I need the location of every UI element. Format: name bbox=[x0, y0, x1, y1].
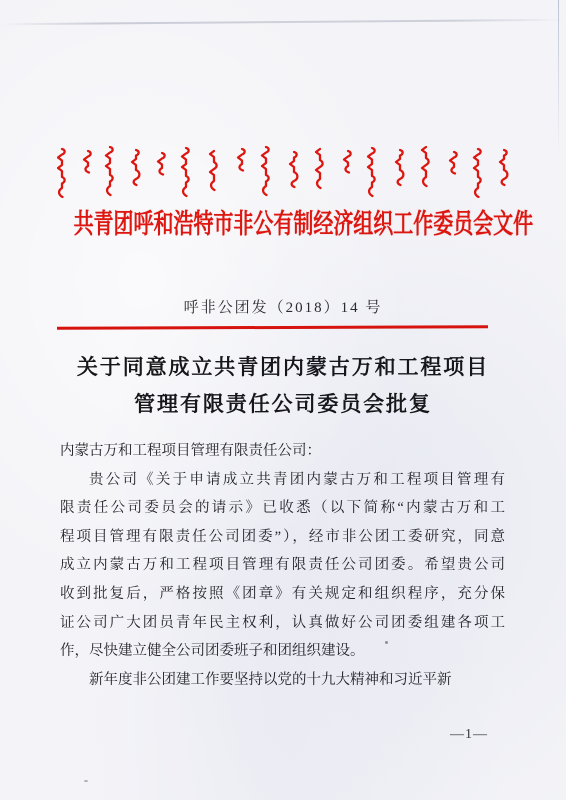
paper-edge-line bbox=[558, 0, 559, 160]
paper-crease bbox=[0, 19, 566, 25]
body-line: 贵公司《关于申请成立共青团内蒙古万和工程项目管理有 bbox=[60, 466, 505, 495]
body-line: 收到批复后，严格按照《团章》有关规定和组织程序，充分保 bbox=[60, 580, 505, 609]
document-number: 呼非公团发（2018）14 号 bbox=[0, 296, 566, 317]
paper-speck bbox=[385, 641, 388, 644]
document-body: 内蒙古万和工程项目管理有限责任公司： 贵公司《关于申请成立共青团内蒙古万和工程项… bbox=[60, 437, 505, 694]
document-title: 关于同意成立共青团内蒙古万和工程项目 管理有限责任公司委员会批复 bbox=[0, 349, 566, 423]
body-line: 证公司广大团员青年民主权利，认真做好公司团委组建各项工 bbox=[60, 609, 505, 638]
red-divider-line bbox=[57, 325, 488, 330]
body-line: 作，尽快建立健全公司团委班子和团组织建设。 bbox=[60, 637, 505, 666]
page-number: —1— bbox=[450, 727, 488, 743]
org-header-title: 共青团呼和浩特市非公有制经济组织工作委员会文件 bbox=[74, 202, 493, 241]
document-title-line2: 管理有限责任公司委员会批复 bbox=[0, 386, 566, 423]
document-title-line1: 关于同意成立共青团内蒙古万和工程项目 bbox=[0, 349, 566, 386]
paper-speck bbox=[84, 780, 88, 782]
body-line-salutation: 内蒙古万和工程项目管理有限责任公司： bbox=[60, 437, 505, 466]
scanned-document-page: 共青团呼和浩特市非公有制经济组织工作委员会文件 呼非公团发（2018）14 号 … bbox=[0, 0, 566, 800]
mongolian-script-icon bbox=[57, 146, 509, 198]
body-line: 程项目管理有限责任公司团委”），经市非公团工委研究，同意 bbox=[60, 523, 505, 552]
body-line: 成立内蒙古万和工程项目管理有限责任公司团委。希望贵公司 bbox=[60, 551, 505, 580]
body-line: 新年度非公团建工作要坚持以党的十九大精神和习近平新 bbox=[60, 666, 505, 695]
body-line: 限责任公司委员会的请示》已收悉（以下简称“内蒙古万和工 bbox=[60, 494, 505, 523]
